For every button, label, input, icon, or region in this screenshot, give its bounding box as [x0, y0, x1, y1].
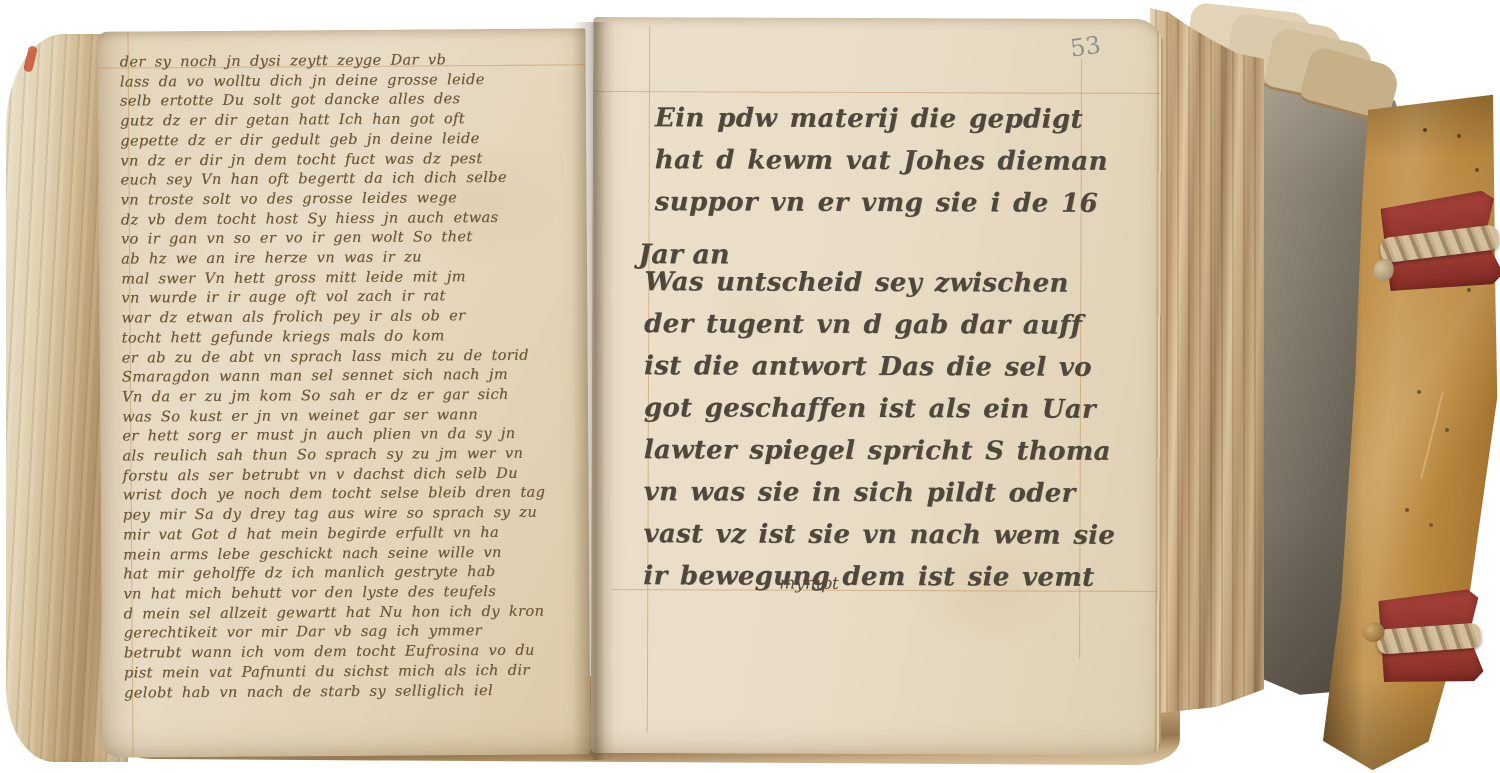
text-line: lawter spiegel spricht S thoma: [644, 429, 1116, 473]
folio-number: 53: [1069, 31, 1103, 63]
ruling-line-horizontal: [593, 91, 1163, 94]
clasp-strap-top: [1380, 189, 1500, 296]
left-page: der sy noch jn dysi zeytt zeyge Dar vbla…: [97, 28, 590, 757]
text-line: Was untscheid sey zwischen: [644, 261, 1116, 305]
text-line: vast vz ist sie vn nach wem sie: [643, 513, 1115, 557]
text-line: pist mein vat Pafnunti du sichst mich al…: [124, 661, 584, 684]
book-gutter: [572, 22, 614, 760]
text-line: vn was sie in sich pildt oder: [644, 471, 1116, 515]
text-line: got geschaffen ist als ein Uar: [644, 387, 1116, 431]
text-line: ir bewegung dem ist sie vemt: [643, 555, 1115, 599]
fore-edge-pages: [1150, 8, 1264, 714]
text-line: hat d kewm vat Johes dieman: [655, 139, 1108, 183]
right-page-heading: Ein pdw materij die gepdigthat d kewm va…: [655, 97, 1108, 225]
right-page-text: Was untscheid sey zwischender tugent vn …: [643, 261, 1116, 599]
text-line: Ein pdw materij die gepdigt: [655, 97, 1108, 141]
text-line: suppor vn er vmg sie i de 16: [655, 181, 1108, 225]
text-line: gelobt hab vn nach de starb sy selliglic…: [124, 681, 584, 704]
catchword: mympt: [779, 574, 839, 594]
text-line: pey mir Sa dy drey tag aus wire so sprac…: [123, 504, 583, 527]
text-line: er ab zu de abt vn sprach lass mich zu d…: [122, 346, 582, 369]
back-cover-board: [1315, 90, 1500, 773]
page-edge-streaks: [1150, 8, 1264, 714]
text-line: d mein sel allzeit gewartt hat Nu hon ic…: [123, 602, 583, 625]
manuscript-photo: der sy noch jn dysi zeytt zeyge Dar vbla…: [0, 0, 1500, 773]
right-page: 53 Ein pdw materij die gepdigthat d kewm…: [591, 17, 1164, 755]
clasp-strap-bottom: [1378, 589, 1484, 688]
text-line: der tugent vn d gab dar auff: [644, 303, 1116, 347]
left-page-text: der sy noch jn dysi zeytt zeyge Dar vbla…: [120, 50, 585, 703]
text-line: ist die antwort Das die sel vo: [644, 345, 1116, 389]
tack-marks: [1423, 128, 1427, 132]
